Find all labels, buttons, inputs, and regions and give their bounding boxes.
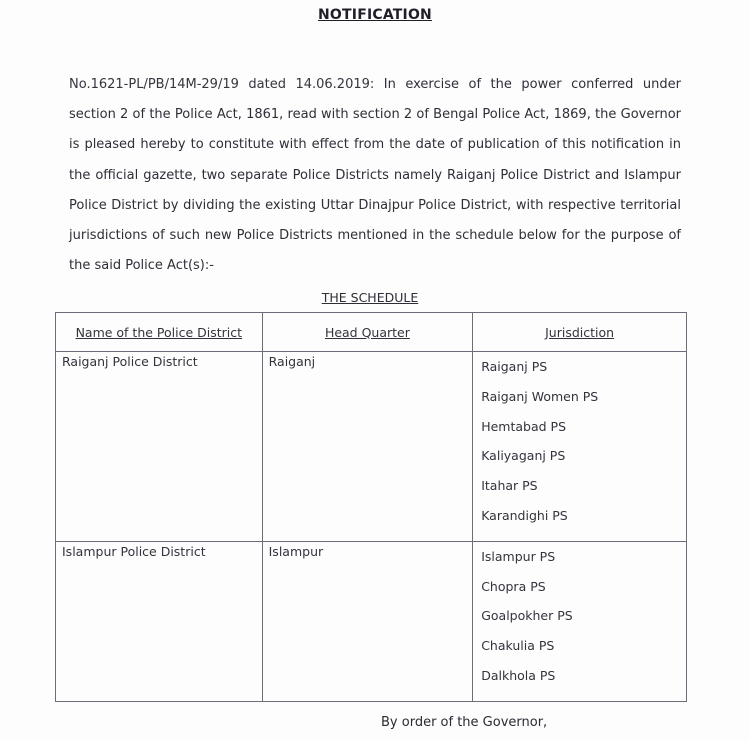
police-station: Chakulia PS xyxy=(481,637,678,667)
notification-body: In exercise of the power conferred under… xyxy=(69,77,681,273)
header-head-quarter: Head Quarter xyxy=(262,313,473,352)
jurisdiction-list: Islampur PS Chopra PS Goalpokher PS Chak… xyxy=(473,541,687,701)
police-station: Dalkhola PS xyxy=(481,667,678,697)
police-station: Karandighi PS xyxy=(481,507,678,537)
police-station: Islampur PS xyxy=(481,548,678,578)
header-jurisdiction: Jurisdiction xyxy=(473,313,687,352)
notification-number: No.1621-PL/PB/14M-29/19 dated 14.06.2019… xyxy=(69,77,374,92)
police-station: Raiganj Women PS xyxy=(481,388,678,418)
schedule-title: THE SCHEDULE xyxy=(0,290,740,305)
head-quarter: Islampur xyxy=(262,541,473,701)
header-district: Name of the Police District xyxy=(56,313,263,352)
police-station: Hemtabad PS xyxy=(481,418,678,448)
schedule-table: Name of the Police District Head Quarter… xyxy=(55,312,687,702)
district-name: Islampur Police District xyxy=(56,541,263,701)
police-station: Raiganj PS xyxy=(481,358,678,388)
police-station: Itahar PS xyxy=(481,477,678,507)
schedule-header-row: Name of the Police District Head Quarter… xyxy=(56,313,687,352)
jurisdiction-list: Raiganj PS Raiganj Women PS Hemtabad PS … xyxy=(473,352,687,542)
notification-paragraph: No.1621-PL/PB/14M-29/19 dated 14.06.2019… xyxy=(69,70,681,281)
police-station: Chopra PS xyxy=(481,578,678,608)
notification-title: NOTIFICATION xyxy=(0,7,750,23)
signature-line: By order of the Governor, xyxy=(381,715,547,730)
table-row: Islampur Police District Islampur Islamp… xyxy=(56,541,687,701)
police-station: Kaliyaganj PS xyxy=(481,447,678,477)
head-quarter: Raiganj xyxy=(262,352,473,542)
police-station: Goalpokher PS xyxy=(481,607,678,637)
table-row: Raiganj Police District Raiganj Raiganj … xyxy=(56,352,687,542)
district-name: Raiganj Police District xyxy=(56,352,263,542)
